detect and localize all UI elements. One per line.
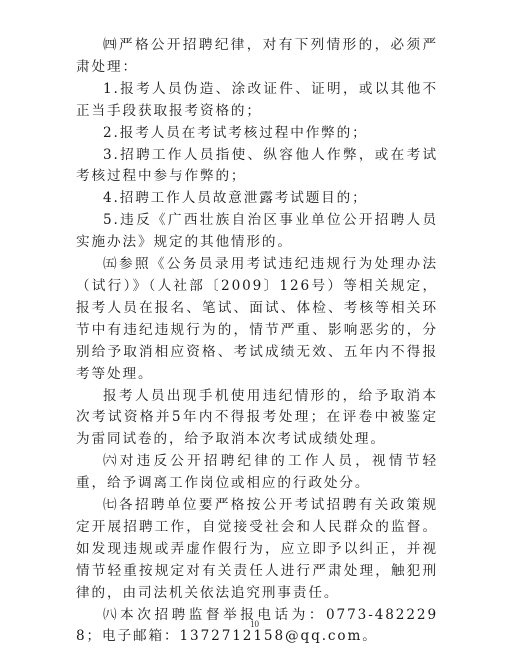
paragraph-section-7: ㈦各招聘单位要严格按公开考试招聘有关政策规定开展招聘工作，自觉接受社会和人民群众… <box>76 495 438 605</box>
page-number: 10 <box>0 619 509 629</box>
paragraph-phone-violation: 报考人员出现手机使用违纪情形的，给予取消本次考试资格并5年内不得报考处理；在评卷… <box>76 386 438 452</box>
paragraph-item-2: 2.报考人员在考试考核过程中作弊的； <box>76 123 438 145</box>
paragraph-item-5: 5.违反《广西壮族自治区事业单位公开招聘人员实施办法》规定的其他情形的。 <box>76 210 438 254</box>
paragraph-item-3: 3.招聘工作人员指使、纵容他人作弊，或在考试考核过程中参与作弊的； <box>76 145 438 189</box>
paragraph-section-6: ㈥对违反公开招聘纪律的工作人员，视情节轻重，给予调离工作岗位或相应的行政处分。 <box>76 451 438 495</box>
paragraph-item-4: 4.招聘工作人员故意泄露考试题目的； <box>76 188 438 210</box>
paragraph-section-5: ㈤参照《公务员录用考试违纪违规行为处理办法（试行）》（人社部〔2009〕126号… <box>76 254 438 385</box>
document-body: ㈣严格公开招聘纪律，对有下列情形的，必须严肃处理： 1.报考人员伪造、涂改证件、… <box>76 35 438 648</box>
paragraph-discipline-heading: ㈣严格公开招聘纪律，对有下列情形的，必须严肃处理： <box>76 35 438 79</box>
paragraph-item-1: 1.报考人员伪造、涂改证件、证明，或以其他不正当手段获取报考资格的； <box>76 79 438 123</box>
